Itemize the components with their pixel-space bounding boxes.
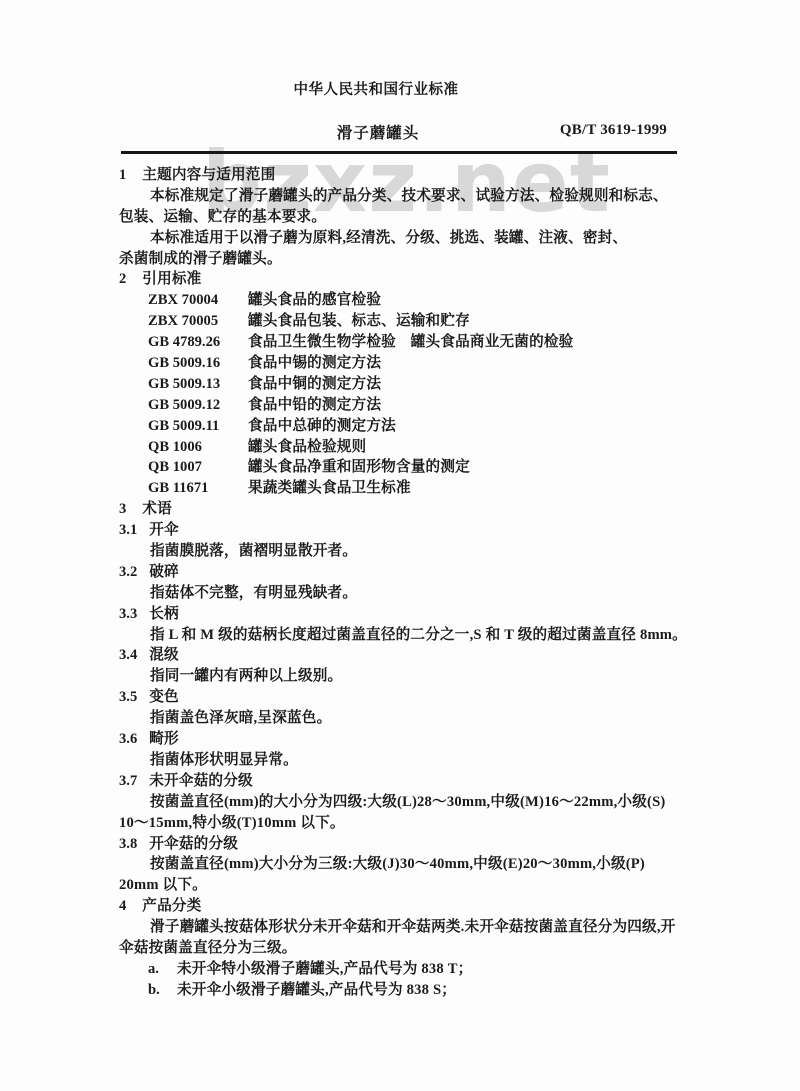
line-text: 术语 — [142, 501, 172, 517]
line-text: 主题内容与适用范围 — [142, 167, 275, 183]
line-text: 指菌体形状明显异常。 — [150, 752, 298, 768]
line-number: GB 5009.16 — [148, 353, 248, 374]
line-text: 混级 — [149, 647, 179, 663]
line-text: 按菌盖直径(mm)的大小分为四级:大级(L)28～30mm,中级(M)16～22… — [150, 794, 665, 810]
section-heading: 4产品分类 — [0, 896, 800, 917]
line-text: 本标准适用于以滑子蘑为原料,经清洗、分级、挑选、装罐、注液、密封、 — [150, 230, 627, 246]
line-text: 果蔬类罐头食品卫生标准 — [248, 480, 411, 496]
section-heading: 1主题内容与适用范围 — [0, 165, 800, 186]
line-number: QB 1007 — [148, 457, 248, 478]
section-heading: 3.6畸形 — [0, 729, 800, 750]
text-line: 指菌膜脱落，菌褶明显散开者。 — [0, 541, 800, 562]
line-text: 产品分类 — [142, 898, 201, 914]
section-heading: 3.8开伞菇的分级 — [0, 834, 800, 855]
section-heading: 3.4混级 — [0, 645, 800, 666]
line-text: 本标准规定了滑子蘑罐头的产品分类、技术要求、试验方法、检验规则和标志、 — [150, 188, 668, 204]
text-line: 指 L 和 M 级的菇柄长度超过菌盖直径的二分之一,S 和 T 级的超过菌盖直径… — [0, 625, 800, 646]
line-number: 3.1 — [119, 520, 137, 541]
line-text: 罐头食品净重和固形物含量的测定 — [248, 459, 470, 475]
standard-number: QB/T 3619-1999 — [560, 122, 667, 139]
section-heading: 3.3长柄 — [0, 604, 800, 625]
line-text: 罐头食品的感官检验 — [248, 292, 381, 308]
line-number: b. — [148, 980, 177, 1001]
line-number: GB 5009.11 — [148, 416, 248, 437]
line-number: GB 5009.12 — [148, 395, 248, 416]
line-number: 2 — [119, 269, 126, 290]
line-text: 罐头食品包装、标志、运输和贮存 — [248, 313, 470, 329]
line-text: 杀菌制成的滑子蘑罐头。 — [119, 251, 282, 267]
text-line: QB 1007罐头食品净重和固形物含量的测定 — [0, 457, 800, 478]
line-number: GB 4789.26 — [148, 332, 248, 353]
text-line: 按菌盖直径(mm)大小分为三级:大级(J)30～40mm,中级(E)20～30m… — [0, 854, 800, 875]
line-text: 指菌膜脱落，菌褶明显散开者。 — [150, 543, 357, 559]
text-line: 按菌盖直径(mm)的大小分为四级:大级(L)28～30mm,中级(M)16～22… — [0, 792, 800, 813]
line-text: 未开伞特小级滑子蘑罐头,产品代号为 838 T； — [177, 961, 472, 977]
line-text: 按菌盖直径(mm)大小分为三级:大级(J)30～40mm,中级(E)20～30m… — [150, 856, 645, 872]
section-heading: 3术语 — [0, 499, 800, 520]
line-number: GB 5009.13 — [148, 374, 248, 395]
line-number: 3 — [119, 499, 126, 520]
line-text: 食品中铜的测定方法 — [248, 376, 381, 392]
line-text: 未开伞小级滑子蘑罐头,产品代号为 838 S； — [177, 982, 456, 998]
line-number: 3.4 — [119, 645, 137, 666]
text-line: GB 5009.11食品中总砷的测定方法 — [0, 416, 800, 437]
document-page: bzxz.net 中华人民共和国行业标准 滑子蘑罐头 QB/T 3619-199… — [0, 0, 800, 1091]
text-line: 指菇体不完整，有明显残缺者。 — [0, 583, 800, 604]
line-text: 未开伞菇的分级 — [149, 773, 253, 789]
line-number: 3.2 — [119, 562, 137, 583]
text-line: 10～15mm,特小级(T)10mm 以下。 — [0, 813, 800, 834]
line-text: 指菌盖色泽灰暗,呈深蓝色。 — [150, 710, 331, 726]
section-heading: 3.5变色 — [0, 687, 800, 708]
text-line: b.未开伞小级滑子蘑罐头,产品代号为 838 S； — [0, 980, 800, 1001]
line-text: 指同一罐内有两种以上级别。 — [150, 668, 342, 684]
line-number: 1 — [119, 165, 126, 186]
line-text: 食品中总砷的测定方法 — [248, 418, 396, 434]
line-number: 3.8 — [119, 834, 137, 855]
text-line: ZBX 70004罐头食品的感官检验 — [0, 290, 800, 311]
line-text: 变色 — [149, 689, 179, 705]
line-text: 20mm 以下。 — [119, 877, 207, 893]
line-text: 开伞 — [149, 522, 179, 538]
text-line: 指菌体形状明显异常。 — [0, 750, 800, 771]
text-line: 本标准适用于以滑子蘑为原料,经清洗、分级、挑选、装罐、注液、密封、 — [0, 228, 800, 249]
document-body: 1主题内容与适用范围本标准规定了滑子蘑罐头的产品分类、技术要求、试验方法、检验规… — [0, 165, 800, 1001]
text-line: 包装、运输、贮存的基本要求。 — [0, 207, 800, 228]
text-line: 杀菌制成的滑子蘑罐头。 — [0, 249, 800, 270]
section-heading: 2引用标准 — [0, 269, 800, 290]
line-number: GB 11671 — [148, 478, 248, 499]
text-line: GB 11671果蔬类罐头食品卫生标准 — [0, 478, 800, 499]
line-text: 畸形 — [149, 731, 179, 747]
text-line: a.未开伞特小级滑子蘑罐头,产品代号为 838 T； — [0, 959, 800, 980]
line-text: 食品卫生微生物学检验 罐头食品商业无菌的检验 — [248, 334, 573, 350]
line-text: 10～15mm,特小级(T)10mm 以下。 — [119, 815, 345, 831]
text-line: QB 1006罐头食品检验规则 — [0, 437, 800, 458]
line-text: 包装、运输、贮存的基本要求。 — [119, 209, 326, 225]
line-number: 3.5 — [119, 687, 137, 708]
text-line: 指同一罐内有两种以上级别。 — [0, 666, 800, 687]
line-number: 3.7 — [119, 771, 137, 792]
text-line: 本标准规定了滑子蘑罐头的产品分类、技术要求、试验方法、检验规则和标志、 — [0, 186, 800, 207]
text-line: 20mm 以下。 — [0, 875, 800, 896]
line-text: 罐头食品检验规则 — [248, 439, 366, 455]
text-line: 指菌盖色泽灰暗,呈深蓝色。 — [0, 708, 800, 729]
section-heading: 3.1开伞 — [0, 520, 800, 541]
text-line: GB 5009.12食品中铅的测定方法 — [0, 395, 800, 416]
line-text: 开伞菇的分级 — [149, 836, 238, 852]
line-number: 4 — [119, 896, 126, 917]
line-text: 长柄 — [149, 606, 179, 622]
line-text: 食品中铅的测定方法 — [248, 397, 381, 413]
line-number: 3.6 — [119, 729, 137, 750]
line-text: 指 L 和 M 级的菇柄长度超过菌盖直径的二分之一,S 和 T 级的超过菌盖直径… — [150, 627, 687, 643]
text-line: GB 4789.26食品卫生微生物学检验 罐头食品商业无菌的检验 — [0, 332, 800, 353]
line-number: ZBX 70004 — [148, 290, 248, 311]
header-divider — [121, 151, 677, 154]
text-line: ZBX 70005罐头食品包装、标志、运输和贮存 — [0, 311, 800, 332]
title-row: 滑子蘑罐头 QB/T 3619-1999 — [0, 121, 800, 141]
line-text: 伞菇按菌盖直径分为三级。 — [119, 940, 297, 956]
text-line: 滑子蘑罐头按菇体形状分未开伞菇和开伞菇两类.未开伞菇按菌盖直径分为四级,开 — [0, 917, 800, 938]
text-line: GB 5009.13食品中铜的测定方法 — [0, 374, 800, 395]
line-text: 滑子蘑罐头按菇体形状分未开伞菇和开伞菇两类.未开伞菇按菌盖直径分为四级,开 — [150, 919, 675, 935]
line-text: 破碎 — [149, 564, 179, 580]
text-line: GB 5009.16食品中锡的测定方法 — [0, 353, 800, 374]
line-text: 指菇体不完整，有明显残缺者。 — [150, 585, 357, 601]
line-number: 3.3 — [119, 604, 137, 625]
section-heading: 3.2破碎 — [0, 562, 800, 583]
standard-org-line: 中华人民共和国行业标准 — [0, 78, 776, 99]
text-line: 伞菇按菌盖直径分为三级。 — [0, 938, 800, 959]
section-heading: 3.7未开伞菇的分级 — [0, 771, 800, 792]
line-number: a. — [148, 959, 177, 980]
line-text: 引用标准 — [142, 271, 201, 287]
line-number: QB 1006 — [148, 437, 248, 458]
line-text: 食品中锡的测定方法 — [248, 355, 381, 371]
line-number: ZBX 70005 — [148, 311, 248, 332]
